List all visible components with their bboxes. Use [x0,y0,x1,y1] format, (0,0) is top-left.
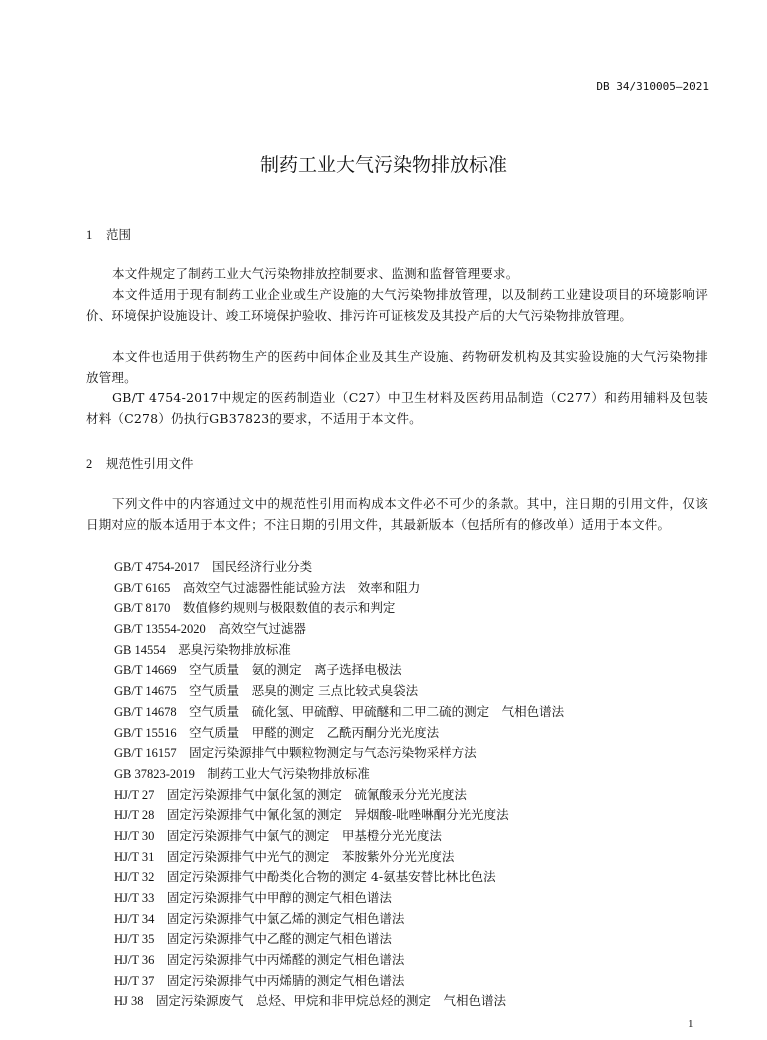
reference-code: GB/T 6165 [114,581,170,595]
reference-item: GB/T 13554-2020 高效空气过滤器 [114,619,564,640]
reference-title: 空气质量 甲醛的测定 乙酰丙酮分光光度法 [189,725,439,740]
reference-item: GB/T 14678 空气质量 硫化氢、甲硫醇、甲硫醚和二甲二硫的测定 气相色谱… [114,702,564,723]
reference-code: HJ/T 28 [114,808,154,822]
reference-code: GB 37823-2019 [114,767,195,781]
reference-item: GB/T 4754-2017 国民经济行业分类 [114,557,564,578]
reference-item: HJ/T 32 固定污染源排气中酚类化合物的测定 4-氨基安替比林比色法 [114,867,564,888]
reference-code: HJ/T 34 [114,912,154,926]
reference-code: HJ 38 [114,994,144,1008]
reference-title: 空气质量 硫化氢、甲硫醇、甲硫醚和二甲二硫的测定 气相色谱法 [189,704,564,719]
reference-item: HJ/T 34 固定污染源排气中氯乙烯的测定气相色谱法 [114,909,564,930]
section-title: 规范性引用文件 [106,456,194,471]
reference-code: GB/T 15516 [114,726,177,740]
reference-code: GB 14554 [114,643,166,657]
reference-title: 固定污染源排气中甲醇的测定气相色谱法 [167,890,392,905]
reference-title: 固定污染源排气中氯化氢的测定 硫氰酸汞分光光度法 [167,787,467,802]
reference-item: HJ/T 33 固定污染源排气中甲醇的测定气相色谱法 [114,888,564,909]
reference-title: 高效空气过滤器性能试验方法 效率和阻力 [183,580,421,595]
reference-title: 数值修约规则与极限数值的表示和判定 [183,600,396,615]
reference-item: HJ/T 36 固定污染源排气中丙烯醛的测定气相色谱法 [114,950,564,971]
reference-title: 固定污染源废气 总烃、甲烷和非甲烷总烃的测定 气相色谱法 [156,993,506,1008]
reference-code: HJ/T 36 [114,953,154,967]
reference-code: HJ/T 30 [114,829,154,843]
section-number: 2 [86,457,106,472]
reference-code: HJ/T 33 [114,891,154,905]
reference-title: 固定污染源排气中颗粒物测定与气态污染物采样方法 [189,745,477,760]
paragraph: 本文件规定了制药工业大气污染物排放控制要求、监测和监督管理要求。 [86,264,708,285]
reference-item: HJ/T 31 固定污染源排气中光气的测定 苯胺紫外分光光度法 [114,847,564,868]
reference-code: GB/T 13554-2020 [114,622,206,636]
reference-code: GB/T 8170 [114,601,170,615]
reference-title: 高效空气过滤器 [218,621,306,636]
reference-code: GB/T 14678 [114,705,177,719]
reference-code: GB/T 4754-2017 [114,560,200,574]
reference-title: 固定污染源排气中丙烯醛的测定气相色谱法 [167,952,405,967]
reference-item: GB/T 14669 空气质量 氨的测定 离子选择电极法 [114,660,564,681]
reference-title: 固定污染源排气中氯气的测定 甲基橙分光光度法 [167,828,442,843]
section-2-heading: 2规范性引用文件 [86,454,194,472]
reference-code: HJ/T 35 [114,932,154,946]
reference-list: GB/T 4754-2017 国民经济行业分类GB/T 6165 高效空气过滤器… [114,557,564,1012]
reference-item: HJ/T 35 固定污染源排气中乙醛的测定气相色谱法 [114,929,564,950]
reference-code: HJ/T 37 [114,974,154,988]
reference-code: HJ/T 31 [114,850,154,864]
reference-title: 固定污染源排气中氰化氢的测定 异烟酸-吡唑啉酮分光光度法 [167,807,509,822]
paragraph: 下列文件中的内容通过文中的规范性引用而构成本文件必不可少的条款。其中，注日期的引… [86,494,708,535]
reference-item: GB 37823-2019 制药工业大气污染物排放标准 [114,764,564,785]
reference-title: 恶臭污染物排放标准 [178,642,291,657]
reference-code: GB/T 14675 [114,684,177,698]
reference-title: 固定污染源排气中光气的测定 苯胺紫外分光光度法 [167,849,455,864]
reference-item: GB/T 8170 数值修约规则与极限数值的表示和判定 [114,598,564,619]
reference-item: HJ/T 28 固定污染源排气中氰化氢的测定 异烟酸-吡唑啉酮分光光度法 [114,805,564,826]
reference-title: 固定污染源排气中酚类化合物的测定 4-氨基安替比林比色法 [167,869,496,884]
paragraph: 本文件适用于现有制药工业企业或生产设施的大气污染物排放管理，以及制药工业建设项目… [86,285,708,326]
reference-item: GB 14554 恶臭污染物排放标准 [114,640,564,661]
standard-code: DB 34/310005—2021 [596,80,709,93]
reference-item: GB/T 16157 固定污染源排气中颗粒物测定与气态污染物采样方法 [114,743,564,764]
page-number: 1 [688,1018,694,1030]
reference-title: 制药工业大气污染物排放标准 [207,766,370,781]
document-title: 制药工业大气污染物排放标准 [0,150,767,177]
reference-code: HJ/T 27 [114,788,154,802]
reference-code: GB/T 14669 [114,663,177,677]
reference-code: GB/T 16157 [114,746,177,760]
paragraph: GB/T 4754-2017中规定的医药制造业（C27）中卫生材料及医药用品制造… [86,388,708,429]
reference-item: HJ 38 固定污染源废气 总烃、甲烷和非甲烷总烃的测定 气相色谱法 [114,991,564,1012]
section-title: 范围 [106,227,131,242]
reference-item: HJ/T 37 固定污染源排气中丙烯腈的测定气相色谱法 [114,971,564,992]
reference-code: HJ/T 32 [114,870,154,884]
reference-item: GB/T 14675 空气质量 恶臭的测定 三点比较式臭袋法 [114,681,564,702]
reference-item: HJ/T 27 固定污染源排气中氯化氢的测定 硫氰酸汞分光光度法 [114,785,564,806]
section-number: 1 [86,228,106,243]
reference-title: 固定污染源排气中氯乙烯的测定气相色谱法 [167,911,405,926]
reference-title: 空气质量 恶臭的测定 三点比较式臭袋法 [189,683,418,698]
reference-title: 固定污染源排气中乙醛的测定气相色谱法 [167,931,392,946]
reference-title: 国民经济行业分类 [212,559,312,574]
reference-title: 固定污染源排气中丙烯腈的测定气相色谱法 [167,973,405,988]
section-1-heading: 1范围 [86,225,131,243]
reference-item: GB/T 15516 空气质量 甲醛的测定 乙酰丙酮分光光度法 [114,723,564,744]
reference-item: HJ/T 30 固定污染源排气中氯气的测定 甲基橙分光光度法 [114,826,564,847]
reference-title: 空气质量 氨的测定 离子选择电极法 [189,662,402,677]
reference-item: GB/T 6165 高效空气过滤器性能试验方法 效率和阻力 [114,578,564,599]
paragraph: 本文件也适用于供药物生产的医药中间体企业及其生产设施、药物研发机构及其实验设施的… [86,347,708,388]
